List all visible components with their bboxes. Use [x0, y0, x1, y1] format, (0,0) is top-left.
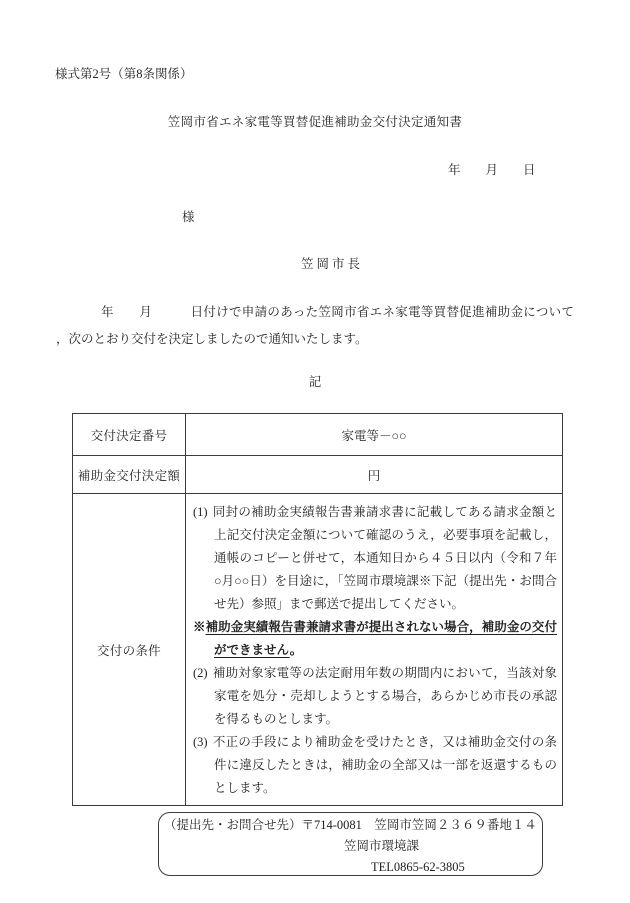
- warning-text: 補助金実績報告書兼請求書が提出されない場合，補助金の交付ができません: [206, 620, 557, 657]
- decision-number-value: 家電等－○○: [186, 414, 563, 456]
- contact-department: 笠岡市環境課: [344, 836, 542, 857]
- contact-box: （提出先・お問合せ先）〒714-0081 笠岡市笠岡２３６９番地１４ 笠岡市環境…: [158, 812, 543, 876]
- condition-text: 補助対象家電等の法定耐用年数の期間内において，当該対象家電を処分・売却しようとす…: [213, 666, 557, 726]
- sender-mayor: 笠岡市長: [301, 254, 363, 272]
- condition-number: (2): [193, 666, 208, 680]
- grant-amount-label: 補助金交付決定額: [73, 456, 186, 494]
- grant-amount-value: 円: [186, 456, 563, 494]
- condition-item-1: (1)同封の補助金実績報告書兼請求書に記載してある請求金額と上記交付決定金額につ…: [193, 501, 557, 616]
- document-page: 様式第2号（第8条関係） 笠岡市省エネ家電等買替促進補助金交付決定通知書 年 月…: [0, 0, 630, 903]
- condition-warning: ※補助金実績報告書兼請求書が提出されない場合，補助金の交付ができません。: [193, 616, 557, 662]
- warning-prefix: ※: [193, 620, 206, 634]
- table-row-decision-number: 交付決定番号 家電等－○○: [73, 414, 563, 456]
- table-row-conditions: 交付の条件 (1)同封の補助金実績報告書兼請求書に記載してある請求金額と上記交付…: [73, 494, 563, 806]
- decision-table: 交付決定番号 家電等－○○ 補助金交付決定額 円 交付の条件 (1)同封の補助金…: [72, 413, 563, 806]
- contact-phone: TEL0865-62-3805: [371, 857, 542, 878]
- condition-number: (1): [193, 505, 208, 519]
- condition-item-2: (2)補助対象家電等の法定耐用年数の期間内において，当該対象家電を処分・売却しよ…: [193, 662, 557, 731]
- condition-text: 同封の補助金実績報告書兼請求書に記載してある請求金額と上記交付決定金額について確…: [213, 505, 557, 611]
- addressee-suffix: 様: [182, 207, 195, 225]
- condition-text: 不正の手段により補助金を受けたとき，又は補助金交付の条件に違反したときは，補助金…: [213, 735, 557, 795]
- contact-address-line: （提出先・お問合せ先）〒714-0081 笠岡市笠岡２３６９番地１４: [164, 815, 542, 836]
- document-title: 笠岡市省エネ家電等買替促進補助金交付決定通知書: [0, 112, 630, 130]
- body-paragraph-line-1: 年 月 日付けで申請のあった笠岡市省エネ家電等買替促進補助金について: [101, 302, 574, 320]
- conditions-label: 交付の条件: [73, 494, 186, 806]
- date-line: 年 月 日: [448, 160, 536, 178]
- form-number: 様式第2号（第8条関係）: [55, 64, 193, 82]
- table-row-grant-amount: 補助金交付決定額 円: [73, 456, 563, 494]
- ki-marker: 記: [0, 372, 630, 390]
- condition-item-3: (3)不正の手段により補助金を受けたとき，又は補助金交付の条件に違反したときは，…: [193, 731, 557, 800]
- body-paragraph-line-2: ，次のとおり交付を決定しましたので通知いたします。: [56, 329, 368, 347]
- decision-number-label: 交付決定番号: [73, 414, 186, 456]
- warning-suffix: 。: [290, 643, 303, 657]
- condition-number: (3): [193, 735, 208, 749]
- conditions-cell: (1)同封の補助金実績報告書兼請求書に記載してある請求金額と上記交付決定金額につ…: [186, 494, 563, 806]
